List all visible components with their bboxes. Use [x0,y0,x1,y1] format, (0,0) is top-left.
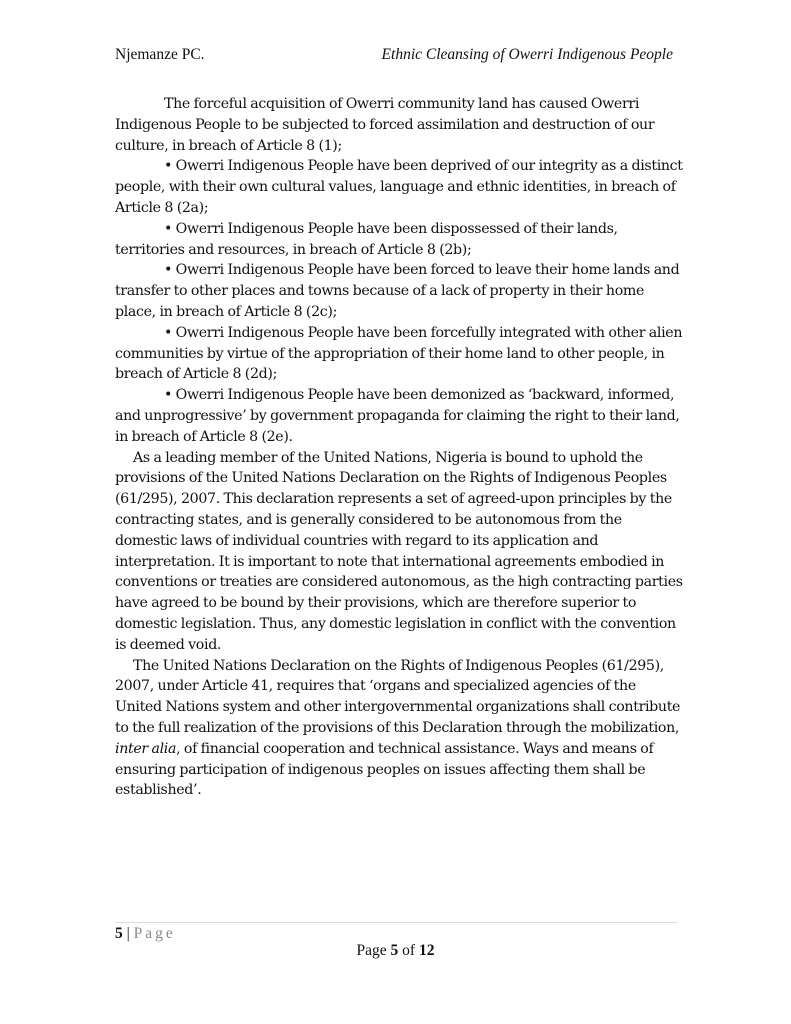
footer-page-number: 5 [115,925,123,942]
page-header: Njemanze PC. Ethnic Cleansing of Owerri … [115,46,673,66]
page-count-of: of [398,942,419,959]
text-segment: , of financial cooperation and technical… [115,741,653,799]
bullet-item: • Owerri Indigenous People have been dep… [115,156,685,218]
footer-divider [115,922,677,923]
bullet-item: • Owerri Indigenous People have been dem… [115,385,685,447]
header-author: Njemanze PC. [115,46,205,66]
bullet-item: • Owerri Indigenous People have been for… [115,323,685,385]
header-title: Ethnic Cleansing of Owerri Indigenous Pe… [382,46,673,66]
page-count-prefix: Page [357,942,391,959]
intro-paragraph: The forceful acquisition of Owerri commu… [115,94,685,156]
page-count-indicator: Page 5 of 12 [0,942,791,960]
bullet-item: • Owerri Indigenous People have been dis… [115,219,685,261]
footer-page-word: Page [134,925,176,942]
paragraph-un-obligations: As a leading member of the United Nation… [115,448,685,656]
text-segment: The United Nations Declaration on the Ri… [115,658,680,736]
document-body: The forceful acquisition of Owerri commu… [115,94,685,801]
paragraph-article-41: The United Nations Declaration on the Ri… [115,656,685,802]
italic-term: inter alia [115,741,176,757]
bullet-item: • Owerri Indigenous People have been for… [115,260,685,322]
footer-separator: | [123,925,134,942]
footer-page-label: 5 | Page [115,925,176,943]
total-pages: 12 [419,942,435,959]
